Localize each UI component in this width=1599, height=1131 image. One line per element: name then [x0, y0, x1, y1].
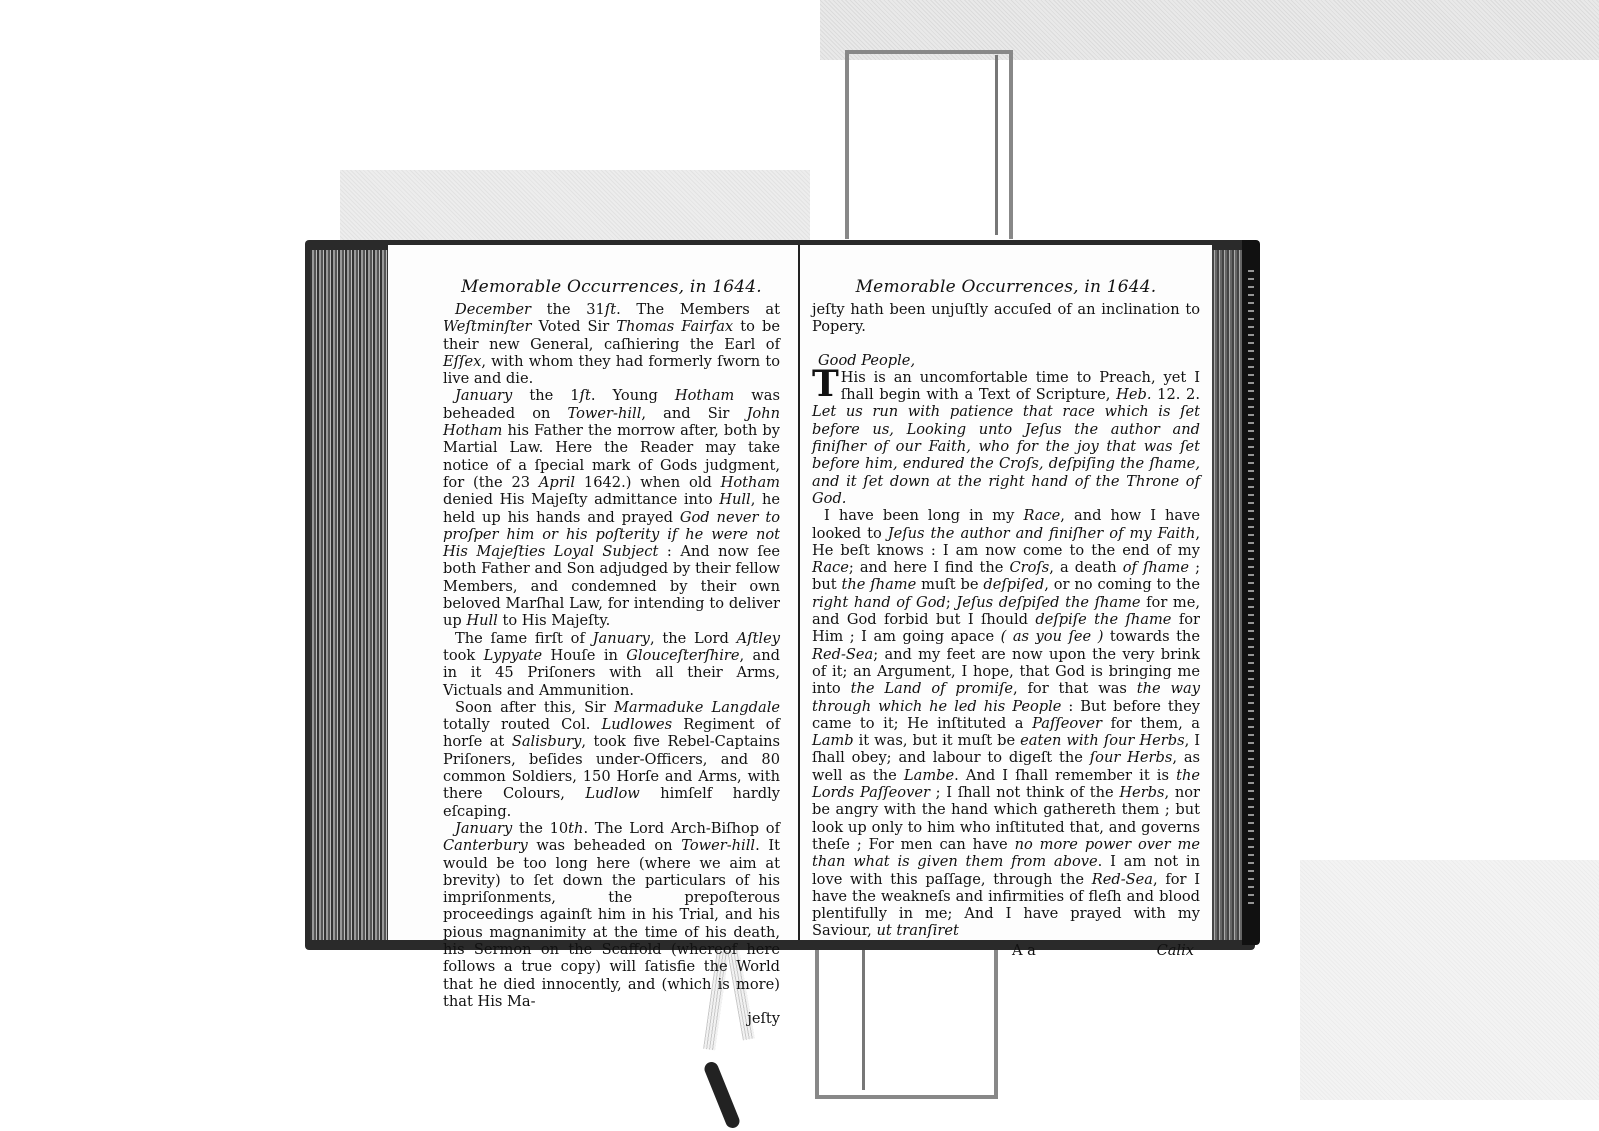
page-edges-right [1212, 250, 1242, 940]
paragraph: The ſame firſt of January, the Lord Aſtl… [443, 630, 780, 699]
paragraph: Soon after this, Sir Marmaduke Langdale … [443, 699, 780, 820]
right-page-text: jeſty hath been unjuſtly accuſed of an i… [812, 301, 1200, 959]
paragraph: December the 31ſt. The Members at Weſtmi… [443, 301, 780, 387]
scan-background-shadow [340, 170, 810, 245]
continued-text: jeſty hath been unjuſtly accuſed of an i… [812, 301, 1200, 336]
scan-background-right [1300, 860, 1599, 1100]
catchword: Calix [1157, 942, 1194, 959]
clasp-strap-bottom-inner [862, 950, 865, 1090]
catchword: jeſty [443, 1010, 780, 1027]
signature-mark: A a [1012, 942, 1036, 959]
paragraph: I have been long in my Race, and how I h… [812, 507, 1200, 939]
left-running-head: Memorable Occurrences, in 1644. [443, 277, 780, 297]
left-page: Memorable Occurrences, in 1644. December… [388, 245, 798, 940]
paragraph: T His is an uncomfortable time to Preach… [812, 369, 1200, 507]
signature-line: A a Calix [812, 942, 1200, 959]
clasp-strap-bottom [815, 945, 998, 1099]
paragraph-body: His is an uncomfortable time to Preach, … [812, 369, 1200, 507]
right-page: Memorable Occurrences, in 1644. jeſty ha… [798, 245, 1212, 940]
clasp-strap-top-inner [860, 55, 998, 235]
right-running-head: Memorable Occurrences, in 1644. [812, 277, 1200, 297]
book-spine-right [1242, 240, 1260, 945]
bookmark-strip [702, 1060, 741, 1130]
page-edges-left [310, 250, 390, 940]
left-page-text: December the 31ſt. The Members at Weſtmi… [443, 301, 780, 1027]
paragraph: January the 10th. The Lord Arch-Biſhop o… [443, 820, 780, 1010]
paragraph: January the 1ſt. Young Hotham was behead… [443, 387, 780, 629]
drop-cap: T [812, 369, 841, 399]
sermon-salutation: Good People, [812, 352, 1200, 369]
